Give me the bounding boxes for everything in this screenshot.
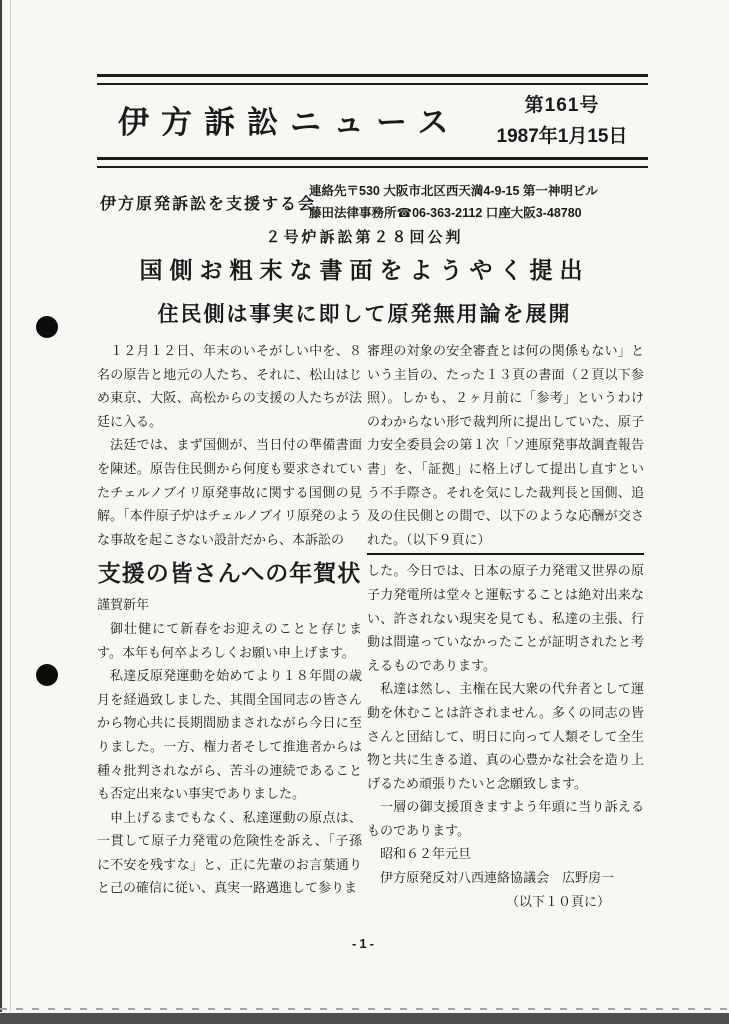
section-heading: 支援の皆さんへの年賀状: [97, 558, 362, 588]
page-number: -1-: [0, 936, 729, 951]
headline: 国側お粗末な書面をようやく提出: [0, 252, 729, 285]
scan-edge-left-faint: [10, 0, 11, 1012]
continued-note: （以下１０頁に）: [367, 890, 644, 914]
body-paragraph: 申上げるまでもなく、私達運動の原点は、一貫して原子力発電の危険性を訴え、「子孫に…: [97, 806, 362, 900]
masthead-rule-top: [97, 74, 648, 85]
letter-signature: 伊方原発反対八西連絡協議会 広野房一: [367, 866, 644, 890]
subheadline: 住民側は事実に即して原発無用論を展開: [0, 298, 729, 328]
issue-number: 第161号: [476, 90, 648, 121]
body-paragraph: 私達反原発運動を始めてより１８年間の歳月を経過致しました、其間全国同志の皆さんか…: [97, 664, 362, 806]
kicker: ２号炉訴訟第２８回公判: [0, 226, 729, 247]
divider-rule: [367, 552, 644, 555]
newsletter-title: 伊方訴訟ニュース: [118, 97, 460, 142]
body-paragraph: 私達は然し、主権在民大衆の代弁者として運動を休むことは許されません。多くの同志の…: [367, 677, 644, 795]
issue-block: 第161号 1987年1月15日: [476, 90, 648, 152]
contact-block: 連絡先〒530 大阪市北区西天満4-9-15 第一神明ビル 藤田法律事務所☎06…: [309, 181, 654, 224]
body-paragraph: 審理の対象の安全審査とは何の関係もない」という主旨の、たった１３頁の書面（２頁以…: [367, 339, 644, 551]
right-column: 審理の対象の安全審査とは何の関係もない」という主旨の、たった１３頁の書面（２頁以…: [367, 339, 644, 913]
body-paragraph: １２月１２日、年末のいそがしい中を、８名の原告と地元の人たち、それに、松山はじめ…: [97, 339, 362, 433]
letter-date: 昭和６２年元旦: [367, 842, 644, 866]
scan-edge-left: [0, 0, 2, 1012]
body-paragraph: した。今日では、日本の原子力発電又世界の原子力発電所は堂々と運転することは絶対出…: [367, 559, 644, 677]
contact-address: 連絡先〒530 大阪市北区西天満4-9-15 第一神明ビル: [309, 181, 654, 203]
scan-edge-bottom-dots: [0, 1008, 729, 1010]
newsletter-page: 伊方訴訟ニュース 第161号 1987年1月15日 伊方原発訴訟を支援する会 連…: [0, 0, 729, 1024]
issue-date: 1987年1月15日: [476, 121, 648, 152]
punch-hole-bottom: [36, 664, 58, 686]
publisher-name: 伊方原発訴訟を支援する会: [100, 191, 316, 214]
contact-phone-account: 藤田法律事務所☎06-363-2112 口座大阪3-48780: [309, 203, 654, 225]
body-paragraph: 法廷では、まず国側が、当日付の準備書面を陳述。原告住民側から何度も要求されていた…: [97, 433, 362, 551]
left-column: １２月１２日、年末のいそがしい中を、８名の原告と地元の人たち、それに、松山はじめ…: [97, 339, 362, 900]
body-paragraph: 一層の御支援頂きますよう年頭に当り訴えるものであります。: [367, 795, 644, 842]
body-paragraph: 御壮健にて新春をお迎えのことと存じます。本年も何卒よろしくお願い申上げます。: [97, 617, 362, 664]
masthead-rule-bottom: [97, 157, 648, 168]
scan-edge-bottom: [0, 1013, 729, 1024]
greeting: 謹賀新年: [97, 593, 362, 617]
